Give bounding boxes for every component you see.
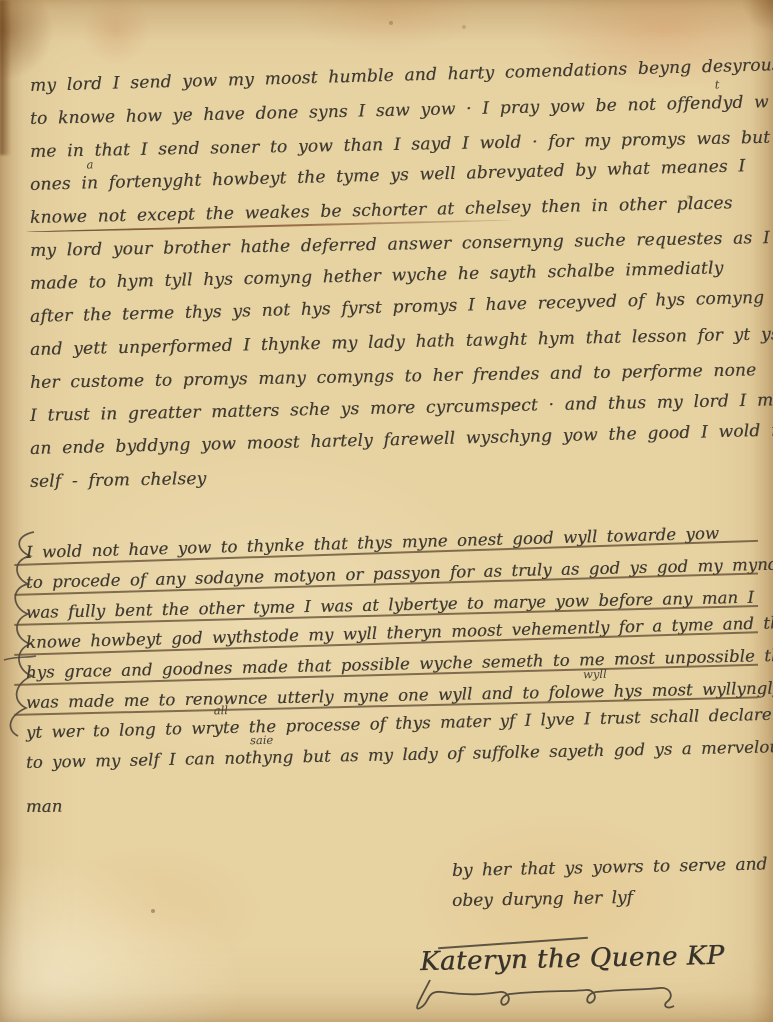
paper-edge-stain [0, 0, 11, 155]
line-text: by her that ys yowrs to serve and [452, 854, 768, 881]
closing-block: by her that ys yowrs to serve andobey du… [452, 856, 752, 916]
letter-page: my lord I send yow my moost humble and h… [0, 0, 773, 1022]
inserted-word: a [86, 159, 93, 170]
paragraph-2: I wold not have yow to thynke that thys … [26, 538, 750, 822]
letter-line: man [26, 784, 750, 822]
line-text: self - from chelsey [30, 469, 207, 492]
paper-speckles [0, 0, 2, 2]
signature-flourish [408, 978, 728, 1018]
paragraph-1: my lord I send yow my moost humble and h… [30, 70, 744, 499]
inserted-word: t [715, 79, 720, 90]
letter-line: obey duryng her lyf [452, 881, 752, 916]
inserted-word: saie [250, 735, 273, 746]
line-text: obey duryng her lyf [452, 888, 633, 911]
inserted-word: wyll [583, 669, 607, 680]
inserted-word: all [214, 705, 228, 716]
line-text: man [26, 797, 63, 816]
signature-block: Kateryn the Quene KP [408, 938, 738, 1013]
signature: Kateryn the Quene KP [420, 941, 725, 977]
